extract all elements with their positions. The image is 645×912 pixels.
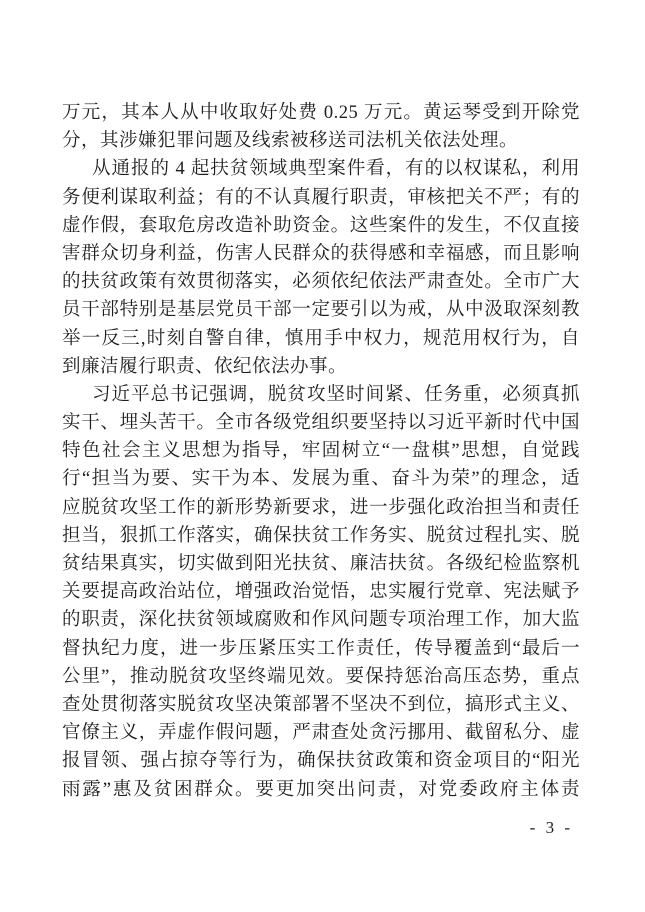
- document-line: 举一反三,时刻自警自律，慎用手中权力，规范用权行为，自觉做: [62, 325, 580, 353]
- document-line: 的职责，深化扶贫领域腐败和作风问题专项治理工作，加大监: [62, 606, 580, 634]
- document-line: 应脱贫攻坚工作的新形势新要求，进一步强化政治担当和责任: [62, 494, 580, 522]
- document-line: 分，其涉嫌犯罪问题及线索被移送司法机关依法处理。: [62, 127, 580, 155]
- document-line: 万元，其本人从中收取好处费 0.25 万元。黄运琴受到开除党籍处: [62, 99, 580, 127]
- document-line: 务便利谋取利益；有的不认真履行职责，审核把关不严；有的弄: [62, 184, 580, 212]
- document-line: 关要提高政治站位，增强政治觉悟，忠实履行党章、宪法赋予: [62, 578, 580, 606]
- document-line: 官僚主义，弄虚作假问题，严肃查处贪污挪用、截留私分、虚: [62, 719, 580, 747]
- document-lines: 万元，其本人从中收取好处费 0.25 万元。黄运琴受到开除党籍处分，其涉嫌犯罪问…: [62, 99, 580, 804]
- document-page: 万元，其本人从中收取好处费 0.25 万元。黄运琴受到开除党籍处分，其涉嫌犯罪问…: [0, 0, 645, 912]
- document-line: 特色社会主义思想为指导，牢固树立“一盘棋”思想，自觉践: [62, 437, 580, 465]
- document-line: 公里”，推动脱贫攻坚终端见效。要保持惩治高压态势，重点: [62, 663, 580, 691]
- document-line: 督执纪力度，进一步压紧压实工作责任，传导覆盖到“最后一: [62, 635, 580, 663]
- page-number: - 3 -: [530, 818, 573, 838]
- document-line: 担当，狠抓工作落实，确保扶贫工作务实、脱贫过程扎实、脱: [62, 522, 580, 550]
- document-line: 查处贯彻落实脱贫攻坚决策部署不坚决不到位，搞形式主义、: [62, 691, 580, 719]
- document-line: 员干部特别是基层党员干部一定要引以为戒，从中汲取深刻教训，: [62, 296, 580, 324]
- document-line: 从通报的 4 起扶贫领域典型案件看，有的以权谋私，利用职: [62, 155, 580, 183]
- document-line: 实干、埋头苦干。全市各级党组织要坚持以习近平新时代中国: [62, 409, 580, 437]
- document-line: 习近平总书记强调，脱贫攻坚时间紧、任务重，必须真抓: [62, 381, 580, 409]
- document-line: 害群众切身利益，伤害人民群众的获得感和幸福感，而且影响党: [62, 240, 580, 268]
- document-line: 报冒领、强占掠夺等行为，确保扶贫政策和资金项目的“阳光: [62, 747, 580, 775]
- document-line: 行“担当为要、实干为本、发展为重、奋斗为荣”的理念，适: [62, 465, 580, 493]
- document-line: 到廉洁履行职责、依纪依法办事。: [62, 353, 580, 381]
- document-line: 贫结果真实，切实做到阳光扶贫、廉洁扶贫。各级纪检监察机: [62, 550, 580, 578]
- document-line: 虚作假，套取危房改造补助资金。这些案件的发生，不仅直接侵: [62, 212, 580, 240]
- document-line: 的扶贫政策有效贯彻落实，必须依纪依法严肃查处。全市广大党: [62, 268, 580, 296]
- document-line: 雨露”惠及贫困群众。要更加突出问责，对党委政府主体责任、: [62, 776, 580, 804]
